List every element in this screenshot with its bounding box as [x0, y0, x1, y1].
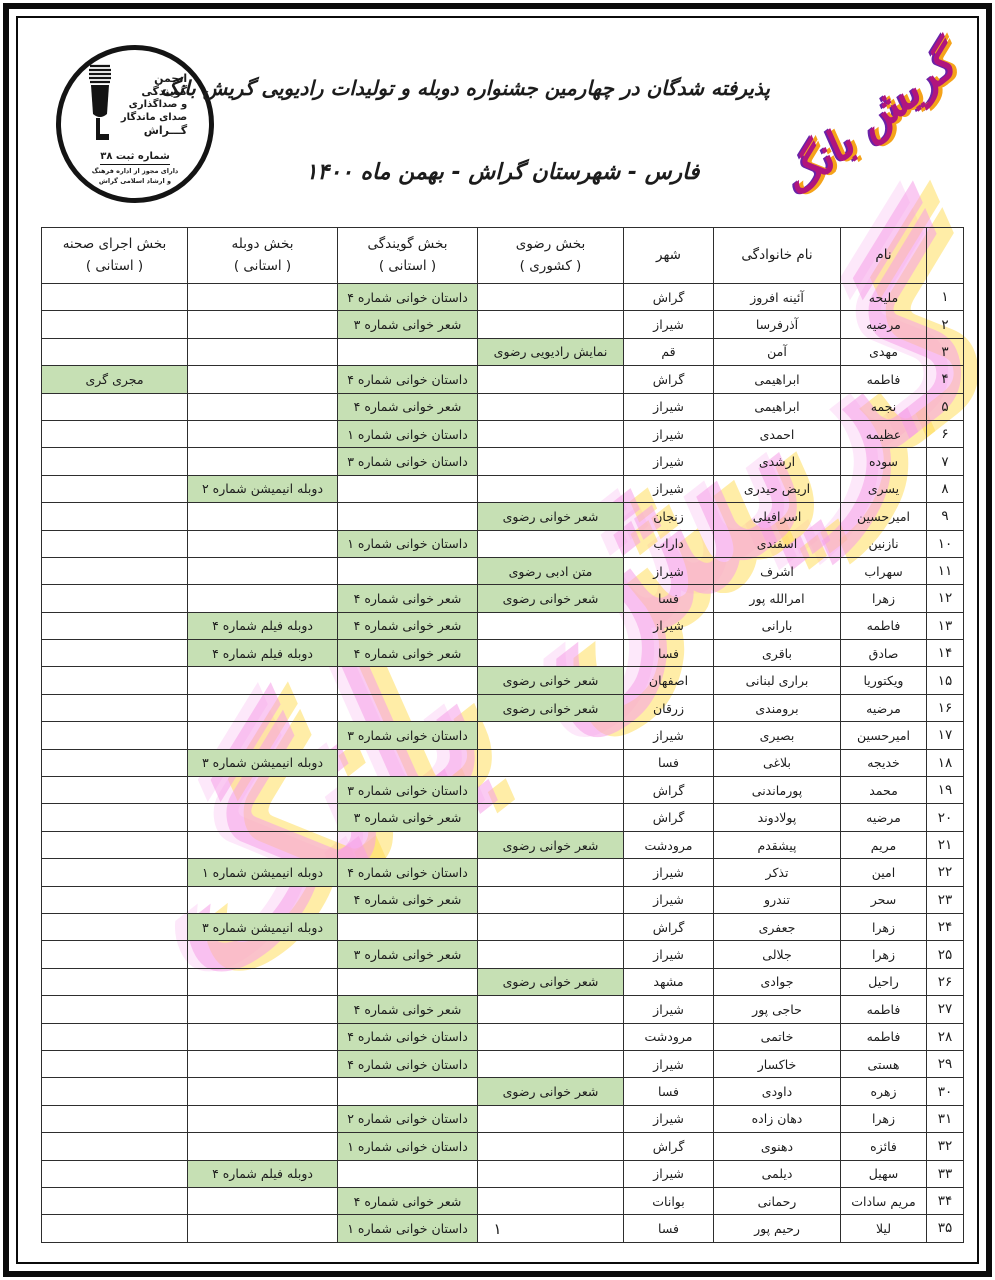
- cell-dubbing: [188, 585, 338, 612]
- cell-stage: [42, 530, 188, 557]
- cell-narration: داستان خوانی شماره ۱: [338, 1133, 478, 1160]
- table-row: ۷سودهارشدیشیرازداستان خوانی شماره ۳: [42, 448, 964, 475]
- cell-no: ۸: [927, 475, 964, 502]
- cell-razavi: [478, 913, 624, 940]
- cell-no: ۳۳: [927, 1160, 964, 1187]
- cell-family: دهنوی: [714, 1133, 841, 1160]
- cell-dubbing: [188, 338, 338, 365]
- cell-name: زهرا: [841, 1105, 927, 1132]
- cell-family: اریض حیدری: [714, 475, 841, 502]
- cell-no: ۲۰: [927, 804, 964, 831]
- cell-city: شیراز: [624, 996, 714, 1023]
- stamp-top: انجمن گویندگی و صداگذاری صدای ماندگار گـ…: [61, 62, 209, 148]
- table-body: ۱ملیحهآئینه افروزگراشداستان خوانی شماره …: [42, 284, 964, 1243]
- cell-family: خاتمی: [714, 1023, 841, 1050]
- stamp-registration: شماره ثبت ۳۸: [100, 151, 170, 165]
- cell-name: زهره: [841, 1078, 927, 1105]
- cell-name: مهدی: [841, 338, 927, 365]
- header-dubbing-line2: ( استانی ): [191, 256, 334, 278]
- cell-name: صادق: [841, 640, 927, 667]
- cell-dubbing: [188, 311, 338, 338]
- cell-dubbing: [188, 886, 338, 913]
- cell-razavi: شعر خوانی رضوی: [478, 667, 624, 694]
- brand-logo: گریش بانگ: [769, 30, 969, 215]
- cell-narration: شعر خوانی شماره ۴: [338, 996, 478, 1023]
- microphone-icon: [83, 62, 117, 148]
- cell-city: فسا: [624, 640, 714, 667]
- cell-stage: [42, 694, 188, 721]
- cell-family: تذکر: [714, 859, 841, 886]
- cell-city: بوانات: [624, 1187, 714, 1214]
- cell-name: سهیل: [841, 1160, 927, 1187]
- document-subtitle: فارس - شهرستان گراش - بهمن ماه ۱۴۰۰: [235, 160, 770, 185]
- cell-narration: داستان خوانی شماره ۳: [338, 722, 478, 749]
- table-row: ۲۶راحیلجوادیمشهدشعر خوانی رضوی: [42, 968, 964, 995]
- cell-family: جلالی: [714, 941, 841, 968]
- cell-stage: [42, 831, 188, 858]
- cell-no: ۲۱: [927, 831, 964, 858]
- page-number: ۱: [0, 1220, 995, 1238]
- cell-stage: [42, 393, 188, 420]
- table-header-row: نام نام خانوادگی شهر بخش رضوی ( کشوری ) …: [42, 228, 964, 284]
- cell-city: گراش: [624, 913, 714, 940]
- cell-name: امیرحسین: [841, 503, 927, 530]
- cell-no: ۵: [927, 393, 964, 420]
- cell-family: آئینه افروز: [714, 284, 841, 311]
- cell-no: ۲۶: [927, 968, 964, 995]
- cell-narration: داستان خوانی شماره ۱: [338, 530, 478, 557]
- cell-city: داراب: [624, 530, 714, 557]
- cell-narration: شعر خوانی شماره ۳: [338, 311, 478, 338]
- cell-razavi: [478, 1160, 624, 1187]
- cell-city: شیراز: [624, 1105, 714, 1132]
- cell-dubbing: [188, 667, 338, 694]
- cell-city: مرودشت: [624, 1023, 714, 1050]
- cell-razavi: شعر خوانی رضوی: [478, 585, 624, 612]
- cell-family: اسفندی: [714, 530, 841, 557]
- header-row-number: [927, 228, 964, 284]
- cell-narration: داستان خوانی شماره ۴: [338, 1050, 478, 1077]
- cell-family: پیشقدم: [714, 831, 841, 858]
- cell-dubbing: [188, 420, 338, 447]
- cell-name: یسری: [841, 475, 927, 502]
- cell-family: جعفری: [714, 913, 841, 940]
- table-row: ۲۳سحرتندروشیرازشعر خوانی شماره ۴: [42, 886, 964, 913]
- cell-narration: شعر خوانی شماره ۴: [338, 393, 478, 420]
- cell-name: مرضیه: [841, 804, 927, 831]
- cell-stage: [42, 420, 188, 447]
- cell-razavi: [478, 612, 624, 639]
- cell-city: شیراز: [624, 859, 714, 886]
- cell-razavi: [478, 1023, 624, 1050]
- cell-dubbing: [188, 694, 338, 721]
- cell-razavi: [478, 311, 624, 338]
- cell-stage: [42, 722, 188, 749]
- cell-family: تندرو: [714, 886, 841, 913]
- cell-stage: [42, 557, 188, 584]
- cell-no: ۱: [927, 284, 964, 311]
- cell-stage: [42, 859, 188, 886]
- cell-narration: [338, 557, 478, 584]
- cell-narration: [338, 1160, 478, 1187]
- cell-stage: [42, 941, 188, 968]
- cell-dubbing: [188, 1078, 338, 1105]
- cell-name: سهراب: [841, 557, 927, 584]
- cell-name: عظیمه: [841, 420, 927, 447]
- cell-stage: [42, 667, 188, 694]
- stamp-license: دارای مجوز از اداره فرهنگ و ارشاد اسلامی…: [92, 167, 179, 187]
- results-table-wrap: نام نام خانوادگی شهر بخش رضوی ( کشوری ) …: [41, 227, 964, 1243]
- cell-no: ۳۲: [927, 1133, 964, 1160]
- cell-name: فاطمه: [841, 996, 927, 1023]
- cell-narration: داستان خوانی شماره ۴: [338, 859, 478, 886]
- cell-family: رحمانی: [714, 1187, 841, 1214]
- cell-no: ۲۲: [927, 859, 964, 886]
- cell-dubbing: [188, 1105, 338, 1132]
- cell-family: ابراهیمی: [714, 393, 841, 420]
- table-row: ۱۱سهراباشرفشیرازمتن ادبی رضوی: [42, 557, 964, 584]
- table-row: ۶عظیمهاحمدیشیرازداستان خوانی شماره ۱: [42, 420, 964, 447]
- table-row: ۳۲فائزهدهنویگراشداستان خوانی شماره ۱: [42, 1133, 964, 1160]
- cell-stage: [42, 777, 188, 804]
- cell-stage: [42, 612, 188, 639]
- cell-dubbing: دوبله انیمیشن شماره ۳: [188, 913, 338, 940]
- cell-stage: [42, 804, 188, 831]
- cell-stage: [42, 338, 188, 365]
- cell-city: اصفهان: [624, 667, 714, 694]
- cell-dubbing: [188, 1023, 338, 1050]
- cell-stage: [42, 640, 188, 667]
- cell-city: مشهد: [624, 968, 714, 995]
- cell-no: ۱۹: [927, 777, 964, 804]
- cell-narration: [338, 475, 478, 502]
- table-row: ۲۱مریمپیشقدممرودشتشعر خوانی رضوی: [42, 831, 964, 858]
- cell-dubbing: [188, 804, 338, 831]
- cell-family: برومندی: [714, 694, 841, 721]
- cell-name: نازنین: [841, 530, 927, 557]
- cell-no: ۲۹: [927, 1050, 964, 1077]
- cell-city: گراش: [624, 366, 714, 393]
- cell-dubbing: دوبله فیلم شماره ۴: [188, 640, 338, 667]
- cell-family: بصیری: [714, 722, 841, 749]
- table-row: ۱۰نازنیناسفندیدارابداستان خوانی شماره ۱: [42, 530, 964, 557]
- table-row: ۱۷امیرحسینبصیریشیرازداستان خوانی شماره ۳: [42, 722, 964, 749]
- cell-razavi: [478, 1187, 624, 1214]
- cell-dubbing: [188, 968, 338, 995]
- cell-name: راحیل: [841, 968, 927, 995]
- cell-stage: [42, 475, 188, 502]
- cell-razavi: [478, 722, 624, 749]
- cell-name: ویکتوریا: [841, 667, 927, 694]
- cell-no: ۲۵: [927, 941, 964, 968]
- cell-family: احمدی: [714, 420, 841, 447]
- cell-no: ۷: [927, 448, 964, 475]
- table-row: ۵نجمهابراهیمیشیرازشعر خوانی شماره ۴: [42, 393, 964, 420]
- cell-stage: [42, 996, 188, 1023]
- header-stage-section: بخش اجرای صحنه ( استانی ): [42, 228, 188, 284]
- document-title: پذیرفته شدگان در چهارمین جشنواره دوبله و…: [235, 76, 770, 100]
- cell-razavi: [478, 886, 624, 913]
- cell-narration: داستان خوانی شماره ۱: [338, 420, 478, 447]
- cell-name: فائزه: [841, 1133, 927, 1160]
- cell-family: داودی: [714, 1078, 841, 1105]
- cell-stage: [42, 448, 188, 475]
- cell-razavi: [478, 393, 624, 420]
- header-narration-section: بخش گویندگی ( استانی ): [338, 228, 478, 284]
- cell-city: فسا: [624, 585, 714, 612]
- cell-city: زنجان: [624, 503, 714, 530]
- cell-dubbing: [188, 503, 338, 530]
- cell-dubbing: دوبله انیمیشن شماره ۱: [188, 859, 338, 886]
- cell-dubbing: [188, 831, 338, 858]
- cell-no: ۳۰: [927, 1078, 964, 1105]
- cell-narration: [338, 831, 478, 858]
- cell-stage: [42, 968, 188, 995]
- cell-dubbing: [188, 448, 338, 475]
- cell-city: شیراز: [624, 1050, 714, 1077]
- cell-narration: شعر خوانی شماره ۴: [338, 1187, 478, 1214]
- cell-family: پولادوند: [714, 804, 841, 831]
- cell-name: مریم سادات: [841, 1187, 927, 1214]
- table-row: ۱۵ویکتوریابراری لبنانیاصفهانشعر خوانی رض…: [42, 667, 964, 694]
- header-stage-line1: بخش اجرای صحنه: [45, 234, 184, 256]
- table-row: ۸یسریاریض حیدریشیرازدوبله انیمیشن شماره …: [42, 475, 964, 502]
- cell-razavi: شعر خوانی رضوی: [478, 968, 624, 995]
- cell-no: ۲: [927, 311, 964, 338]
- cell-dubbing: [188, 530, 338, 557]
- cell-stage: [42, 585, 188, 612]
- header-name: نام: [841, 228, 927, 284]
- cell-no: ۲۸: [927, 1023, 964, 1050]
- cell-no: ۱۱: [927, 557, 964, 584]
- table-row: ۹امیرحسیناسرافیلیزنجانشعر خوانی رضوی: [42, 503, 964, 530]
- cell-family: اسرافیلی: [714, 503, 841, 530]
- cell-name: زهرا: [841, 585, 927, 612]
- cell-city: شیراز: [624, 475, 714, 502]
- cell-stage: [42, 886, 188, 913]
- table-row: ۱۴صادقباقریفساشعر خوانی شماره ۴دوبله فیل…: [42, 640, 964, 667]
- cell-city: گراش: [624, 1133, 714, 1160]
- cell-stage: [42, 503, 188, 530]
- cell-narration: داستان خوانی شماره ۴: [338, 284, 478, 311]
- table-row: ۲۵زهراجلالیشیرازشعر خوانی شماره ۳: [42, 941, 964, 968]
- cell-city: شیراز: [624, 393, 714, 420]
- cell-stage: [42, 311, 188, 338]
- cell-razavi: [478, 777, 624, 804]
- cell-dubbing: دوبله فیلم شماره ۴: [188, 612, 338, 639]
- cell-dubbing: [188, 557, 338, 584]
- cell-razavi: [478, 1105, 624, 1132]
- header-family: نام خانوادگی: [714, 228, 841, 284]
- cell-stage: [42, 1187, 188, 1214]
- table-row: ۲۷فاطمهحاجی پورشیرازشعر خوانی شماره ۴: [42, 996, 964, 1023]
- cell-narration: شعر خوانی شماره ۴: [338, 640, 478, 667]
- cell-name: سحر: [841, 886, 927, 913]
- cell-name: امین: [841, 859, 927, 886]
- cell-city: قم: [624, 338, 714, 365]
- scanned-document-page: { "page": { "number": "۱" }, "header": {…: [0, 0, 995, 1280]
- cell-no: ۱۰: [927, 530, 964, 557]
- cell-dubbing: [188, 722, 338, 749]
- cell-razavi: [478, 749, 624, 776]
- cell-family: دیلمی: [714, 1160, 841, 1187]
- table-header: نام نام خانوادگی شهر بخش رضوی ( کشوری ) …: [42, 228, 964, 284]
- cell-razavi: [478, 1050, 624, 1077]
- cell-razavi: متن ادبی رضوی: [478, 557, 624, 584]
- cell-razavi: [478, 530, 624, 557]
- table-row: ۲۲امینتذکرشیرازداستان خوانی شماره ۴دوبله…: [42, 859, 964, 886]
- cell-no: ۳: [927, 338, 964, 365]
- cell-dubbing: [188, 996, 338, 1023]
- cell-dubbing: [188, 366, 338, 393]
- header-narration-line1: بخش گویندگی: [341, 234, 474, 256]
- cell-narration: [338, 749, 478, 776]
- cell-dubbing: [188, 1187, 338, 1214]
- table-row: ۲مرضیهآذرفرساشیرازشعر خوانی شماره ۳: [42, 311, 964, 338]
- cell-city: گراش: [624, 777, 714, 804]
- cell-narration: داستان خوانی شماره ۳: [338, 448, 478, 475]
- cell-name: فاطمه: [841, 1023, 927, 1050]
- cell-family: آذرفرسا: [714, 311, 841, 338]
- stamp-license-line1: دارای مجوز از اداره فرهنگ: [92, 167, 179, 177]
- cell-razavi: شعر خوانی رضوی: [478, 503, 624, 530]
- cell-no: ۳۴: [927, 1187, 964, 1214]
- cell-razavi: [478, 1133, 624, 1160]
- cell-name: هستی: [841, 1050, 927, 1077]
- cell-no: ۹: [927, 503, 964, 530]
- cell-razavi: [478, 859, 624, 886]
- cell-narration: [338, 968, 478, 995]
- cell-name: ملیحه: [841, 284, 927, 311]
- cell-narration: [338, 503, 478, 530]
- table-row: ۱۸خدیجهبلاغیفسادوبله انیمیشن شماره ۳: [42, 749, 964, 776]
- cell-dubbing: [188, 1133, 338, 1160]
- cell-family: بارانی: [714, 612, 841, 639]
- cell-stage: [42, 913, 188, 940]
- table-row: ۱۶مرضیهبرومندیزرقانشعر خوانی رضوی: [42, 694, 964, 721]
- cell-dubbing: دوبله انیمیشن شماره ۲: [188, 475, 338, 502]
- cell-family: ارشدی: [714, 448, 841, 475]
- cell-narration: داستان خوانی شماره ۲: [338, 1105, 478, 1132]
- cell-stage: [42, 749, 188, 776]
- stamp-org-line3: و صداگذاری: [129, 99, 188, 112]
- table-row: ۱۹محمدپورماندنیگراشداستان خوانی شماره ۳: [42, 777, 964, 804]
- cell-family: آمن: [714, 338, 841, 365]
- cell-narration: شعر خوانی شماره ۳: [338, 941, 478, 968]
- header-razavi-line2: ( کشوری ): [481, 256, 620, 278]
- cell-city: شیراز: [624, 941, 714, 968]
- cell-city: شیراز: [624, 448, 714, 475]
- cell-no: ۲۴: [927, 913, 964, 940]
- table-row: ۳۳سهیلدیلمیشیرازدوبله فیلم شماره ۴: [42, 1160, 964, 1187]
- table-row: ۱ملیحهآئینه افروزگراشداستان خوانی شماره …: [42, 284, 964, 311]
- table-row: ۱۲زهراامرالله پورفساشعر خوانی رضویشعر خو…: [42, 585, 964, 612]
- cell-narration: [338, 338, 478, 365]
- cell-city: زرقان: [624, 694, 714, 721]
- cell-razavi: [478, 941, 624, 968]
- table-row: ۳۴مریم ساداترحمانیبواناتشعر خوانی شماره …: [42, 1187, 964, 1214]
- cell-dubbing: [188, 393, 338, 420]
- cell-family: جوادی: [714, 968, 841, 995]
- cell-razavi: [478, 804, 624, 831]
- cell-family: پورماندنی: [714, 777, 841, 804]
- cell-stage: [42, 1050, 188, 1077]
- cell-family: امرالله پور: [714, 585, 841, 612]
- cell-dubbing: دوبله فیلم شماره ۴: [188, 1160, 338, 1187]
- table-row: ۱۳فاطمهبارانیشیرازشعر خوانی شماره ۴دوبله…: [42, 612, 964, 639]
- cell-family: حاجی پور: [714, 996, 841, 1023]
- cell-razavi: نمایش رادیویی رضوی: [478, 338, 624, 365]
- cell-razavi: شعر خوانی رضوی: [478, 1078, 624, 1105]
- cell-family: براری لبنانی: [714, 667, 841, 694]
- cell-narration: [338, 1078, 478, 1105]
- header-narration-line2: ( استانی ): [341, 256, 474, 278]
- table-row: ۲۹هستیخاکسارشیرازداستان خوانی شماره ۴: [42, 1050, 964, 1077]
- cell-narration: داستان خوانی شماره ۴: [338, 366, 478, 393]
- stamp-org-line4: صدای ماندگار: [121, 112, 187, 125]
- cell-name: فاطمه: [841, 612, 927, 639]
- cell-name: سوده: [841, 448, 927, 475]
- cell-razavi: [478, 475, 624, 502]
- cell-city: فسا: [624, 1078, 714, 1105]
- cell-no: ۱۲: [927, 585, 964, 612]
- cell-no: ۲۷: [927, 996, 964, 1023]
- cell-name: نجمه: [841, 393, 927, 420]
- cell-no: ۱۶: [927, 694, 964, 721]
- cell-no: ۲۳: [927, 886, 964, 913]
- cell-city: شیراز: [624, 722, 714, 749]
- cell-name: امیرحسین: [841, 722, 927, 749]
- cell-no: ۱۳: [927, 612, 964, 639]
- cell-stage: [42, 1105, 188, 1132]
- cell-family: بلاغی: [714, 749, 841, 776]
- header-razavi-section: بخش رضوی ( کشوری ): [478, 228, 624, 284]
- header-city: شهر: [624, 228, 714, 284]
- cell-family: اشرف: [714, 557, 841, 584]
- cell-dubbing: [188, 777, 338, 804]
- cell-razavi: [478, 366, 624, 393]
- header-stage-line2: ( استانی ): [45, 256, 184, 278]
- cell-city: گراش: [624, 284, 714, 311]
- cell-dubbing: [188, 284, 338, 311]
- cell-dubbing: [188, 1050, 338, 1077]
- cell-no: ۴: [927, 366, 964, 393]
- results-table: نام نام خانوادگی شهر بخش رضوی ( کشوری ) …: [41, 227, 964, 1243]
- cell-razavi: شعر خوانی رضوی: [478, 831, 624, 858]
- cell-razavi: [478, 996, 624, 1023]
- table-row: ۲۰مرضیهپولادوندگراششعر خوانی شماره ۳: [42, 804, 964, 831]
- cell-dubbing: دوبله انیمیشن شماره ۳: [188, 749, 338, 776]
- cell-dubbing: [188, 941, 338, 968]
- cell-city: گراش: [624, 804, 714, 831]
- cell-no: ۱۷: [927, 722, 964, 749]
- cell-no: ۱۴: [927, 640, 964, 667]
- cell-stage: مجری گری: [42, 366, 188, 393]
- cell-city: شیراز: [624, 886, 714, 913]
- table-row: ۲۸فاطمهخاتمیمرودشتداستان خوانی شماره ۴: [42, 1023, 964, 1050]
- stamp-license-line2: و ارشاد اسلامی گراش: [92, 177, 179, 187]
- cell-family: دهان زاده: [714, 1105, 841, 1132]
- cell-stage: [42, 1160, 188, 1187]
- cell-city: شیراز: [624, 311, 714, 338]
- cell-stage: [42, 284, 188, 311]
- cell-family: خاکسار: [714, 1050, 841, 1077]
- cell-name: زهرا: [841, 941, 927, 968]
- cell-no: ۱۵: [927, 667, 964, 694]
- cell-family: باقری: [714, 640, 841, 667]
- cell-razavi: [478, 640, 624, 667]
- cell-narration: شعر خوانی شماره ۳: [338, 804, 478, 831]
